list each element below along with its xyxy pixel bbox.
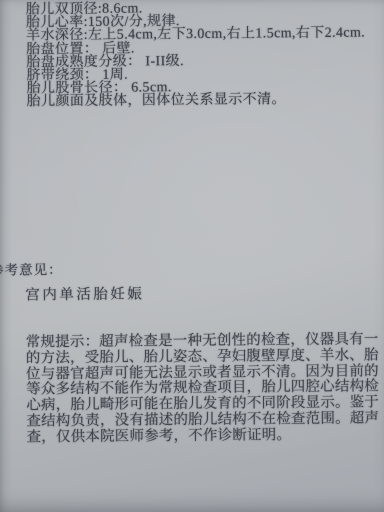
notice-section: 常规提示：超声检查是一种无创性的检查，仪器具有一 的方法，受胎儿、胎儿姿态、孕妇… [26,332,380,446]
measurement-line-amniotic-fluid: 羊水深径:左上5.4cm,左下3.0cm,右上1.5cm,右下2.4cm. [26,27,365,43]
opinion-content: 宫内单活胎妊娠 [25,286,144,303]
measurement-line-face-limbs: 胎儿颜面及肢体，因体位关系显示不清。 [27,93,366,109]
opinion-label: 参考意见： [0,262,63,279]
measurements-section: 胎儿双顶径:8.6cm. 胎儿心率:150次/分,规律. 羊水深径:左上5.4c… [26,0,366,109]
report-text-layer: 胎儿双顶径:8.6cm. 胎儿心率:150次/分,规律. 羊水深径:左上5.4c… [0,0,384,512]
ultrasound-report-photo: 胎儿双顶径:8.6cm. 胎儿心率:150次/分,规律. 羊水深径:左上5.4c… [0,0,384,512]
notice-line: 查，仅供本院医师参考，不作诊断证明。 [27,427,380,446]
